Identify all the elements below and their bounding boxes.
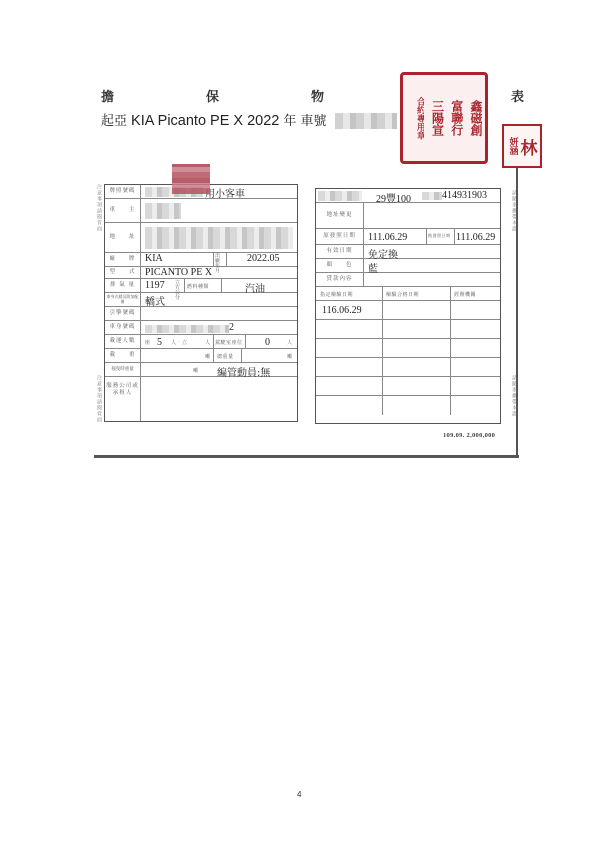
form-code: 109.09. 2,000,000: [443, 432, 495, 439]
row-valid-date: 有效日期 免定換: [316, 245, 500, 259]
row-engine-number: 引擎號碼: [105, 307, 297, 321]
title-char: 物: [311, 86, 324, 105]
inspection-row: [316, 396, 500, 415]
row-passengers: 載運人數 座 5 人‧立 人 駕駛室座位 0 人: [105, 335, 297, 349]
row-issue-date: 原發照日期 111.06.29 換發照日期 111.06.29: [316, 229, 500, 245]
seal-text: 鑫磁創: [464, 78, 482, 158]
subtitle-year-label: 年: [283, 114, 296, 129]
row-color: 顏 色 藍: [316, 259, 500, 273]
inspection-cell: 116.06.29: [322, 305, 362, 316]
seal-text: 三陽宣: [425, 78, 443, 158]
model-value: PICANTO PE X: [145, 267, 212, 278]
registration-card-left: 牌照號碼 用小客車 車 主 地 址 廠 牌 KIA 出廠年月 2022.05 型…: [104, 184, 298, 422]
inspection-header-cell: 經辦機關: [454, 291, 476, 298]
vehicle-registration-scan: 注意事項請閱背面 注意事項請閱背面 請隨車攜帶本證 請隨車攜帶本證 牌照號碼 用…: [92, 170, 519, 460]
page-number: 4: [297, 790, 301, 799]
subtitle-brand: 起亞: [101, 114, 127, 129]
inspection-header-cell: 指定檢驗日期: [320, 291, 353, 298]
redacted-owner: [145, 203, 181, 219]
inspection-row: [316, 320, 500, 339]
row-loan: 貸款內容: [316, 273, 500, 287]
inspection-row: [316, 339, 500, 358]
row-tow-weight: 拖曳時重量 噸 編管動員:無: [105, 363, 297, 377]
inspection-row: [316, 358, 500, 377]
row-vin: 車身號碼 2: [105, 321, 297, 335]
redacted-mark: [172, 164, 210, 194]
scan-edge: [94, 455, 519, 458]
title-char: 表: [511, 86, 524, 105]
redacted: [318, 191, 362, 201]
seal-text: 合約專用章: [406, 78, 424, 158]
redacted-address: [145, 227, 293, 249]
row-owner: 車 主: [105, 199, 297, 223]
registration-card-right: 29豐100 414931903 地址變更 原發照日期 111.06.29 換發…: [315, 188, 501, 424]
seal-given-name: 妍涵: [507, 137, 520, 155]
redacted: [422, 192, 442, 200]
manufacture-date: 2022.05: [247, 253, 280, 264]
row-make: 廠 牌 KIA 出廠年月 2022.05: [105, 253, 297, 267]
vehicle-type: 用小客車: [205, 185, 245, 200]
vin-tail: 2: [229, 322, 234, 333]
inspection-row: [316, 377, 500, 396]
document-subtitle: 起亞 KIA Picanto PE X 2022 年 車號: [101, 110, 397, 129]
make-value: KIA: [145, 253, 163, 264]
row-address: 地 址: [105, 223, 297, 253]
row-service-company: 服務公司或承租人: [105, 377, 297, 421]
scan-edge: [516, 168, 518, 458]
seal-text: 富聯行: [445, 78, 463, 158]
company-seal: 合約專用章 三陽宣 富聯行 鑫磁創: [400, 72, 488, 164]
issue-date: 111.06.29: [368, 232, 407, 243]
row-load: 載 重 噸 總重量 噸: [105, 349, 297, 363]
redacted-plate: [335, 113, 397, 129]
code-part-2: 414931903: [442, 190, 487, 201]
seal-surname: 林: [521, 134, 538, 159]
redacted-vin: [145, 325, 229, 333]
row-displacement: 排 氣 量 1197 立方公分 燃料種類 汽油: [105, 279, 297, 293]
title-char: 保: [206, 86, 219, 105]
displacement-value: 1197: [145, 280, 165, 291]
inspection-header: 指定檢驗日期檢驗合格日期經辦機關: [316, 287, 500, 301]
subtitle-plate-label: 車號: [300, 114, 326, 129]
reissue-date: 111.06.29: [456, 232, 495, 243]
row-body-style: 車身式樣及附加配備 轎式: [105, 293, 297, 307]
side-note-left: 注意事項請閱背面: [96, 375, 103, 423]
seat-count: 5: [157, 337, 162, 348]
body-style-value: 轎式: [145, 293, 165, 308]
inspection-header-cell: 檢驗合格日期: [386, 291, 419, 298]
subtitle-model: KIA Picanto PE X 2022: [131, 113, 279, 129]
row-model: 型 式 PICANTO PE X: [105, 267, 297, 279]
row-address-change: 地址變更: [316, 203, 500, 229]
title-char: 擔: [101, 86, 114, 105]
inspection-row: 116.06.29: [316, 301, 500, 320]
personal-seal: 妍涵 林: [502, 124, 542, 168]
side-note-left: 注意事項請閱背面: [96, 184, 103, 232]
driver-seat-value: 0: [265, 337, 270, 348]
row-code: 29豐100 414931903: [316, 189, 500, 203]
